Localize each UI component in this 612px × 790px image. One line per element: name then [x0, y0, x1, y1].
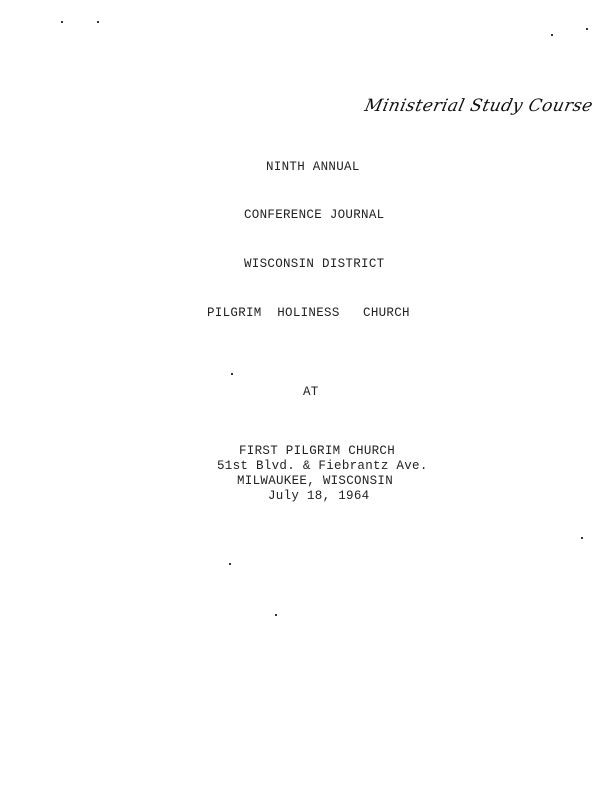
scan-speck [97, 21, 99, 23]
title-line-ninth-annual: NINTH ANNUAL [266, 160, 360, 174]
document-page: Ministerial Study Course NINTH ANNUAL CO… [0, 0, 612, 790]
title-line-conference-journal: CONFERENCE JOURNAL [244, 208, 384, 222]
venue-name: FIRST PILGRIM CHURCH [239, 444, 395, 458]
scan-speck [551, 34, 553, 36]
scan-speck [581, 537, 583, 539]
venue-address: 51st Blvd. & Fiebrantz Ave. [217, 459, 428, 473]
handwritten-note: Ministerial Study Course [363, 96, 595, 116]
title-line-wisconsin-district: WISCONSIN DISTRICT [244, 257, 384, 271]
scan-speck [586, 28, 588, 30]
conference-date: July 18, 1964 [268, 489, 369, 503]
scan-speck [61, 21, 63, 23]
scan-speck [275, 614, 277, 616]
venue-city: MILWAUKEE, WISCONSIN [237, 474, 393, 488]
title-line-pilgrim-holiness-church: PILGRIM HOLINESS CHURCH [207, 306, 410, 320]
scan-speck [231, 373, 233, 375]
at-label: AT [303, 385, 319, 399]
scan-speck [229, 563, 231, 565]
